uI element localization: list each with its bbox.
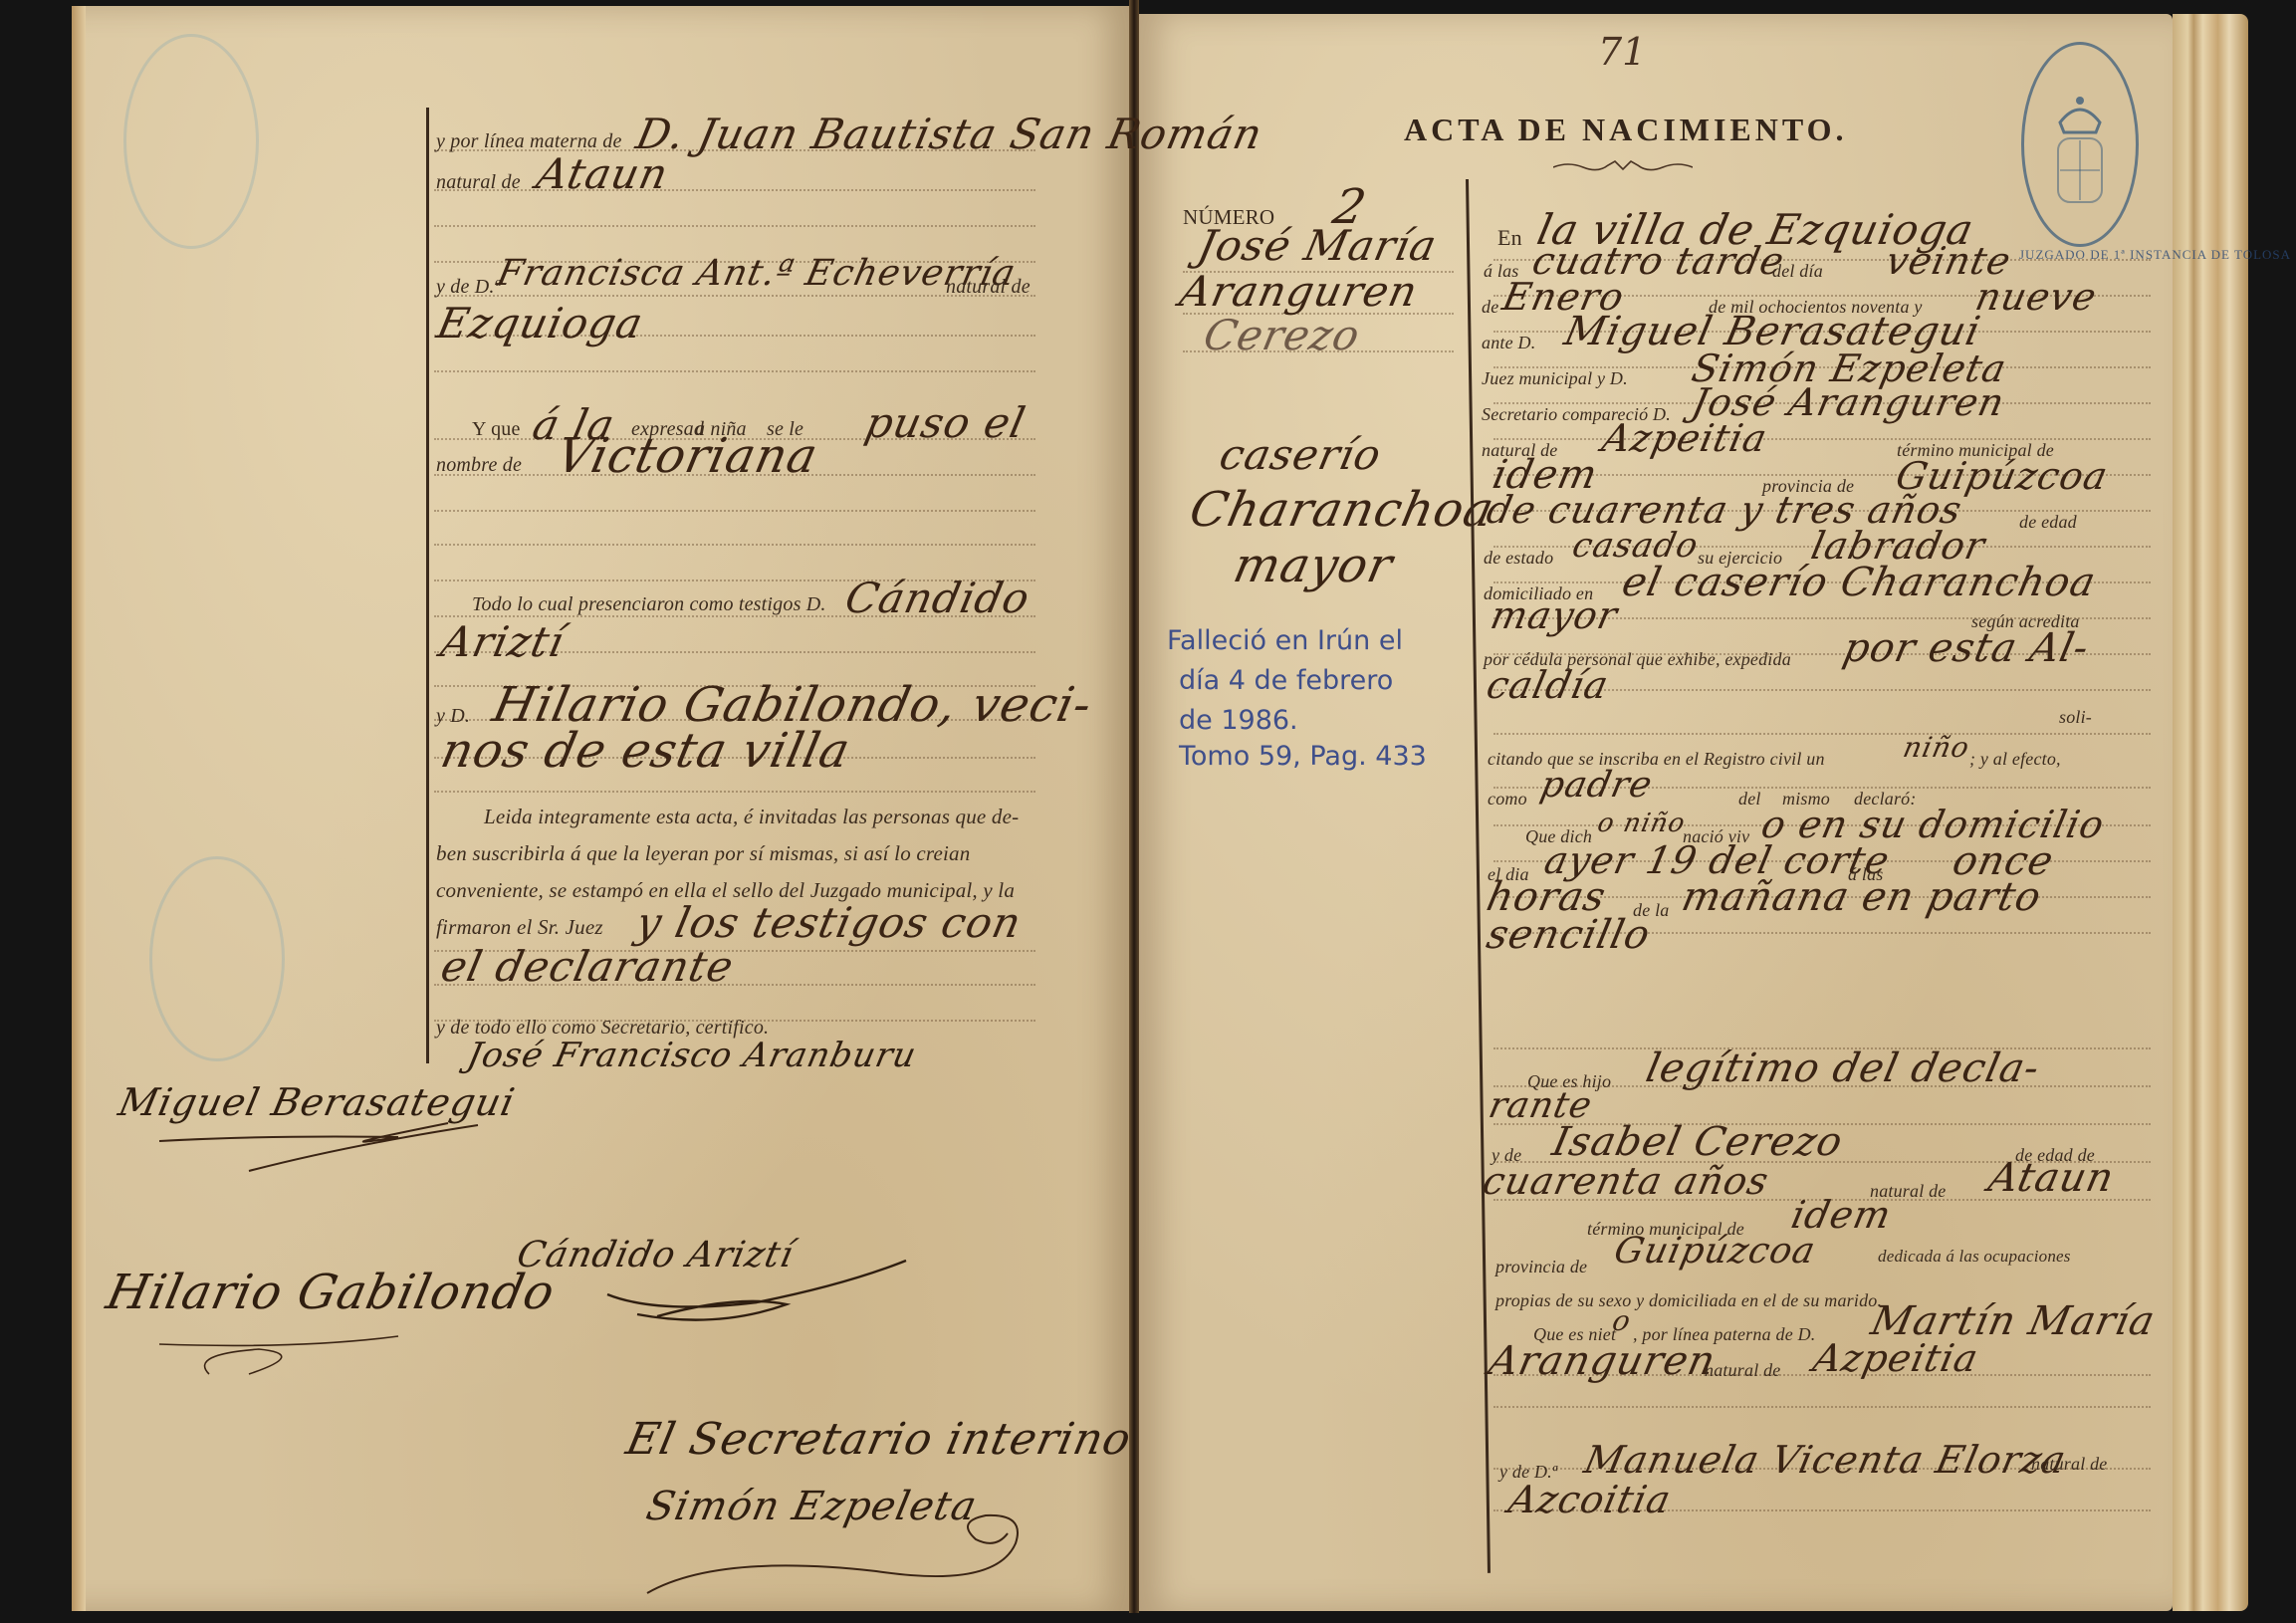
father-origin: Azpeitia: [1598, 416, 1771, 460]
printed-label: dedicada á las ocupaciones: [1878, 1247, 2071, 1267]
printed-label: Todo lo cual presenciaron como testigos …: [472, 593, 826, 616]
closing-paragraph-line: ben suscribirla á que la leyeran por sí …: [436, 841, 970, 866]
paternal-grandfather-origin: Azpeitia: [1809, 1336, 1982, 1380]
handwritten-fill: puso el: [861, 398, 1031, 447]
printed-label: del día: [1772, 261, 1823, 282]
father-address-cont: mayor: [1487, 593, 1622, 637]
maternal-grandfather-origin: Ataun: [533, 149, 673, 198]
printed-label: Juez municipal y D.: [1482, 368, 1628, 389]
child-sex: niño: [1900, 731, 1972, 764]
maternal-grandmother-name: Francisca Ant.ª Echeverría: [494, 253, 1020, 294]
margin-child-surname-2: Cerezo: [1200, 311, 1365, 359]
margin-child-surname-1: Aranguren: [1176, 267, 1423, 316]
printed-label: nombre de: [436, 454, 522, 477]
mother-age: cuarenta años: [1479, 1159, 1772, 1203]
handwritten-fill: o niño: [1595, 809, 1689, 838]
signature-flourish-icon: [149, 1105, 508, 1185]
writing-line: [434, 544, 1035, 546]
paternal-grandfather-surname: Aranguren: [1485, 1338, 1720, 1384]
printed-label: de edad: [2019, 512, 2077, 533]
margin-address-line: Charanchoa: [1185, 482, 1499, 538]
closing-paragraph-line: Leida integramente esta acta, é invitada…: [484, 805, 1019, 829]
writing-line: [434, 370, 1035, 372]
faded-stamp-icon: [149, 856, 285, 1061]
page-number: 71: [1598, 30, 1646, 74]
paternal-grandmother-name: Manuela Vicenta Elorza: [1580, 1438, 2070, 1482]
maternal-grandmother-origin: Ezquioga: [433, 299, 648, 348]
printed-label: del: [1738, 789, 1761, 810]
birth-time-of-day: mañana en parto: [1678, 874, 2045, 920]
writing-line: [434, 189, 1035, 191]
death-annotation-line: Tomo 59, Pag. 433: [1179, 741, 1427, 772]
printed-label: citando que se inscriba en el Registro c…: [1488, 749, 1825, 770]
writing-line: [434, 510, 1035, 512]
father-address: el caserío Charanchoa: [1618, 560, 2100, 605]
death-annotation-line: de 1986.: [1179, 705, 1298, 736]
registration-year: nueve: [1971, 275, 2101, 319]
closing-paragraph-line: firmaron el Sr. Juez: [436, 915, 603, 940]
signature-flourish-icon: [149, 1294, 508, 1384]
printed-label: natural de: [946, 276, 1031, 299]
death-annotation-line: Falleció en Irún el: [1167, 625, 1403, 656]
printed-label: ; y al efecto,: [1969, 749, 2061, 770]
title-flourish-icon: [1553, 157, 1693, 177]
maternal-grandfather-name: D. Juan Bautista San Román: [632, 110, 1267, 158]
declarant-relation: padre: [1537, 765, 1657, 806]
writing-line: [1493, 1406, 2151, 1408]
witness-1-surname: Ariztí: [437, 617, 570, 666]
death-annotation-line: día 4 de febrero: [1179, 665, 1393, 696]
signature-flourish-icon: [597, 1255, 916, 1344]
printed-label: ante D.: [1482, 333, 1535, 353]
mother-province: Guipúzcoa: [1611, 1231, 1820, 1272]
book-gutter: [1129, 0, 1139, 1613]
handwritten-fill: el declarante: [437, 942, 739, 991]
legitimacy: legítimo del decla-: [1642, 1045, 2044, 1091]
witness-2-residence: nos de esta villa: [436, 723, 855, 779]
signature-secretary-title: El Secretario interino: [622, 1414, 1136, 1465]
printed-label: de estado: [1484, 548, 1553, 569]
paternal-grandmother-origin: Azcoitia: [1504, 1478, 1675, 1521]
cedula-issuer: por esta Al-: [1839, 625, 2093, 671]
margin-address-line: mayor: [1229, 538, 1398, 593]
printed-label: como: [1488, 789, 1527, 810]
cedula-issuer-cont: caldía: [1483, 663, 1613, 707]
margin-child-given-name: José María: [1194, 221, 1442, 270]
writing-line: [434, 791, 1035, 793]
witness-1-name: Cándido: [841, 574, 1034, 622]
faded-stamp-icon: [123, 34, 259, 249]
printed-label: Y que: [472, 418, 521, 441]
court-stamp-icon: [2021, 42, 2139, 247]
writing-line: [1493, 733, 2151, 735]
margin-address-line: caserío: [1216, 430, 1386, 479]
mother-origin: Ataun: [1984, 1155, 2118, 1201]
writing-line: [434, 225, 1035, 227]
printed-label: natural de: [1705, 1360, 1781, 1381]
left-page-edge: [72, 6, 86, 1611]
printed-label: de: [1482, 297, 1498, 318]
signature-declarant: José Francisco Aranburu: [464, 1036, 920, 1075]
printed-label: natural de: [436, 171, 521, 194]
signature-flourish-icon: [637, 1494, 1055, 1603]
printed-label: soli-: [2059, 707, 2092, 728]
printed-label: provincia de: [1495, 1257, 1587, 1277]
left-vertical-rule: [426, 108, 429, 1063]
page-title: ACTA DE NACIMIENTO.: [1404, 112, 1848, 148]
child-given-name: Victoriana: [552, 428, 823, 484]
printed-label: y de D.ª: [436, 276, 500, 299]
handwritten-fill: y los testigos con: [632, 898, 1027, 947]
printed-label: propias de su sexo y domiciliada en el d…: [1495, 1290, 1882, 1311]
printed-label: En: [1497, 225, 1522, 251]
printed-label: natural de: [2031, 1454, 2108, 1475]
birth-type: sencillo: [1483, 912, 1655, 958]
